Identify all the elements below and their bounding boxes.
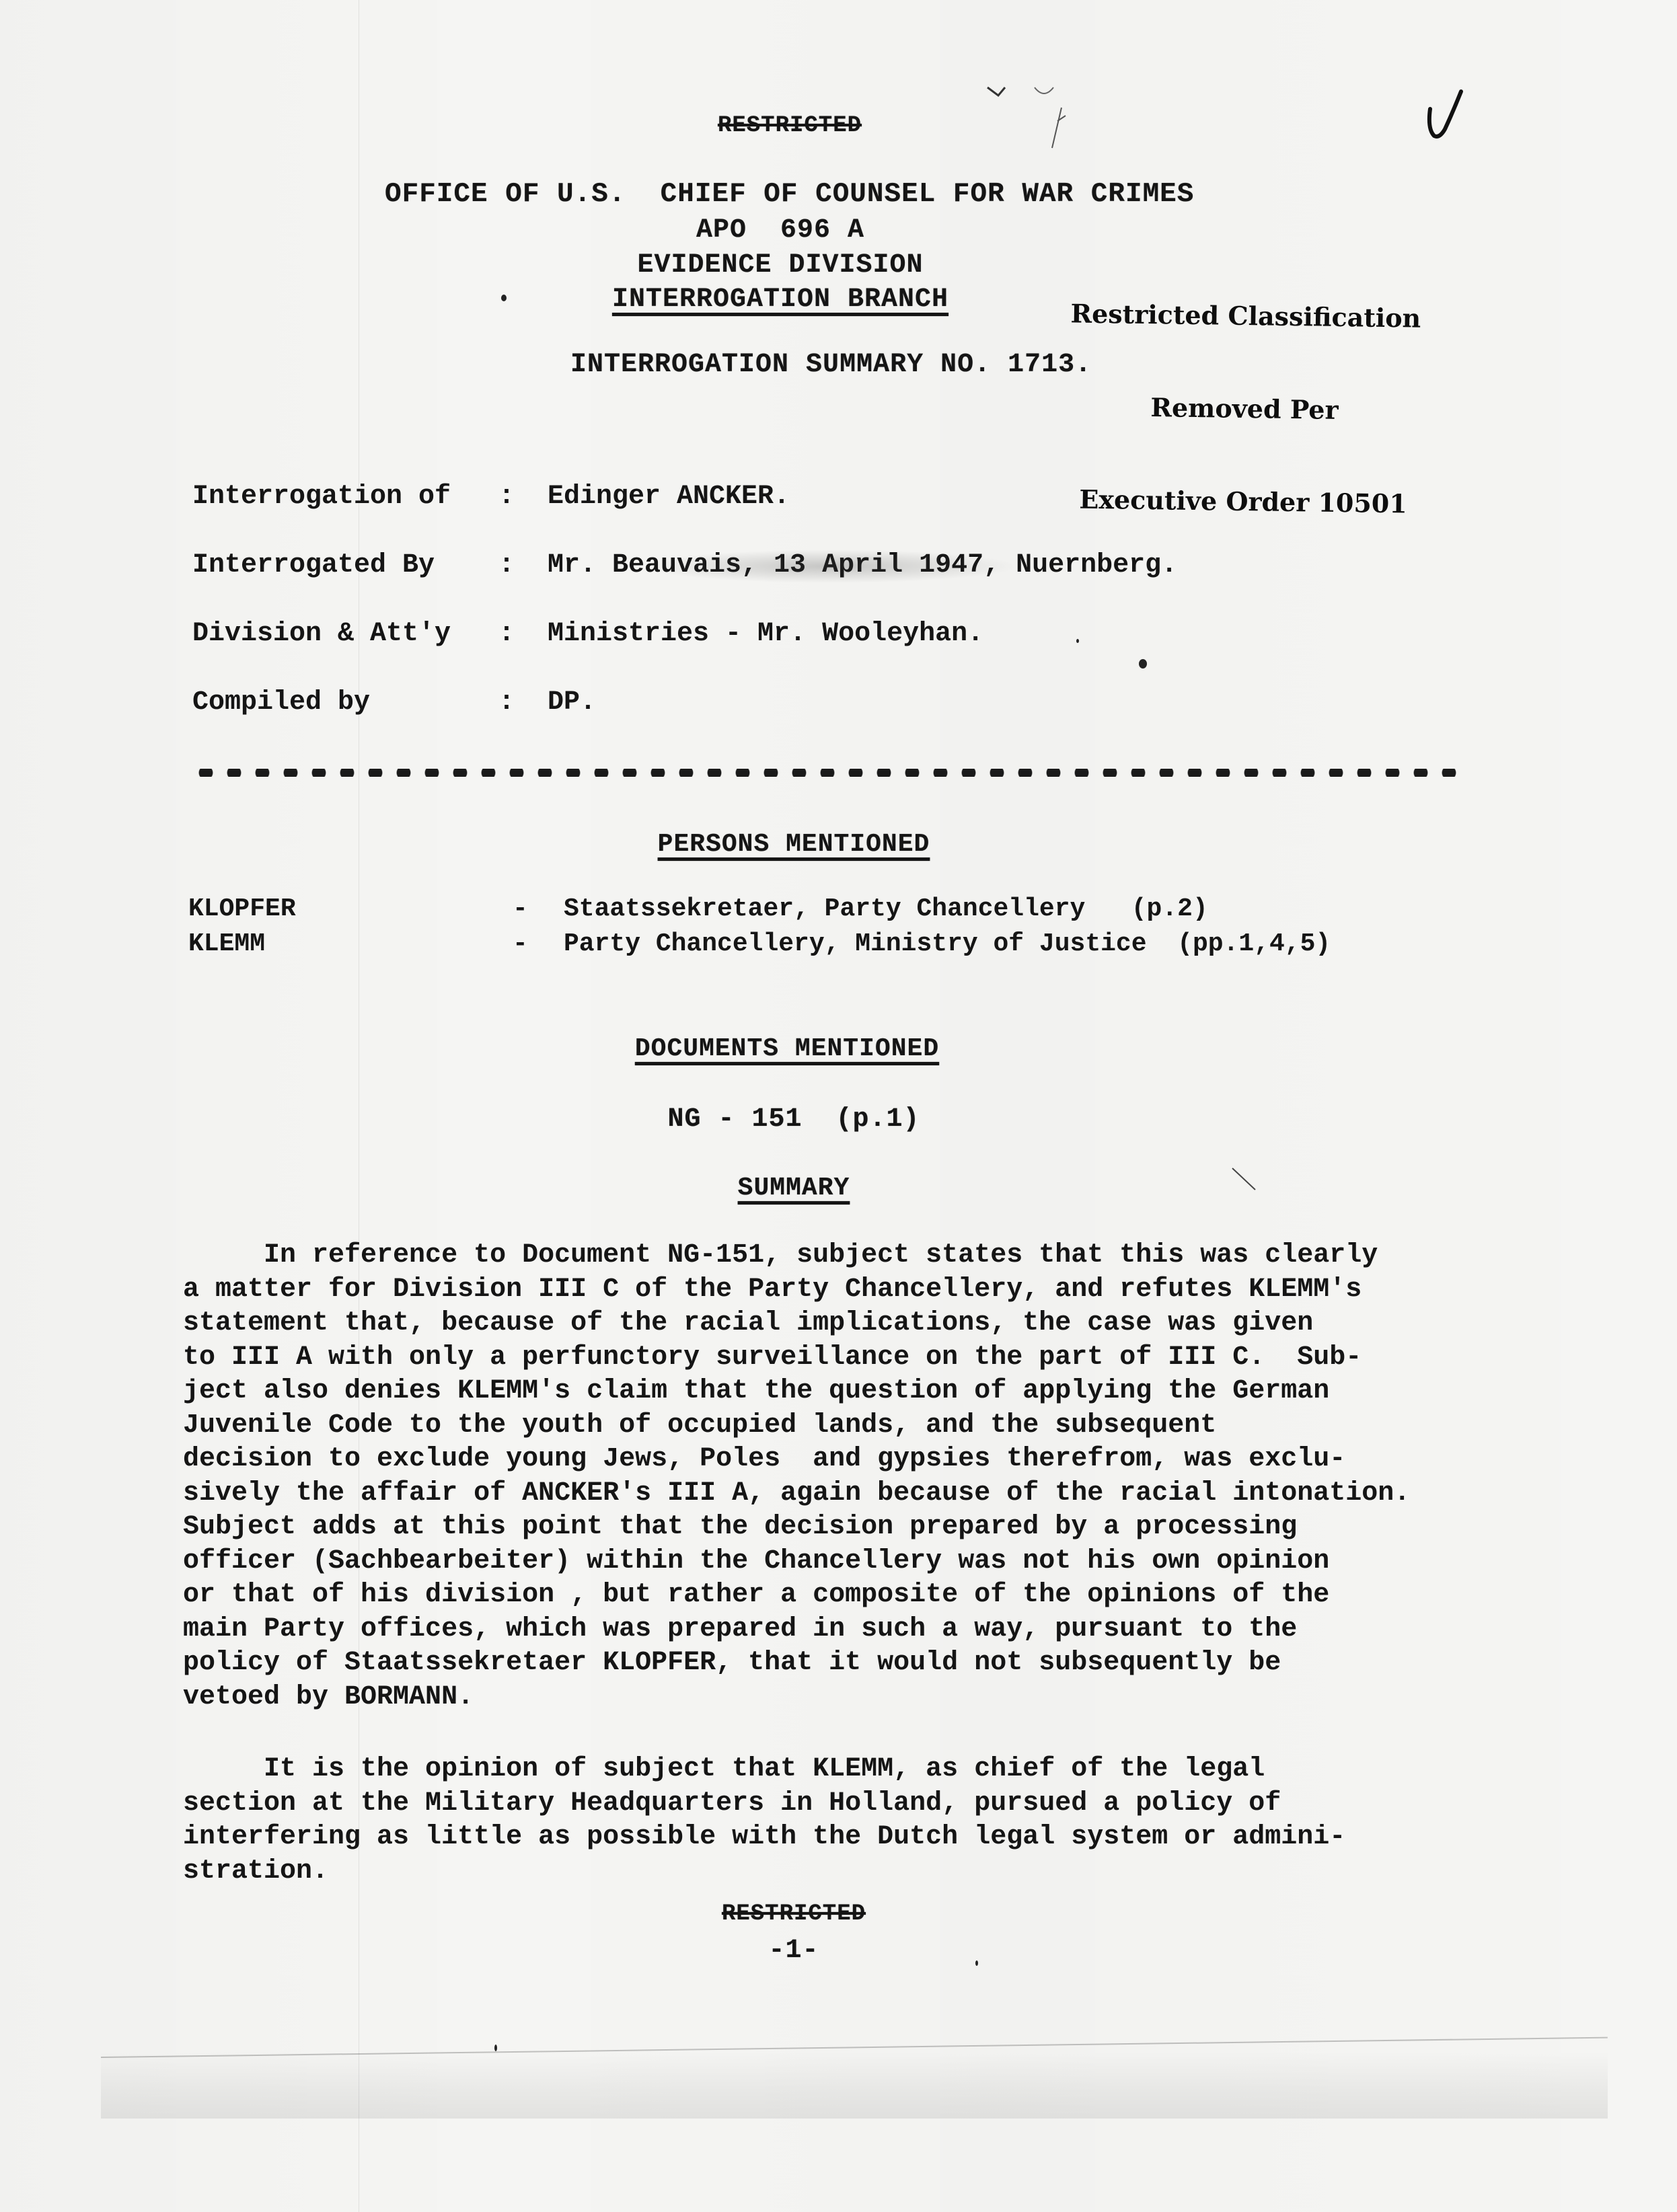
person-description: Staatssekretaer, Party Chancellery (p.2) [564,894,1208,923]
summary-heading: SUMMARY [693,1174,895,1203]
document-item: NG - 151 (p.1) [605,1104,982,1135]
stamp-line-3: Executive Order 10501 [1028,484,1459,521]
check-mark-icon [1425,87,1465,141]
division-line: EVIDENCE DIVISION [592,250,969,280]
person-description: Party Chancellery, Ministry of Justice (… [564,929,1331,958]
pencil-marks-icon [982,81,1157,161]
page-number: -1- [753,1936,834,1966]
meta-colon: : [498,687,515,718]
pencil-stroke-icon [1231,1167,1258,1194]
branch-line: INTERROGATION BRANCH [592,284,969,315]
summary-paragraph-2: It is the opinion of subject that KLEMM,… [183,1753,1461,1889]
scan-speck [1076,639,1079,643]
meta-label: Division & Att'y [192,619,451,649]
person-dash: - [513,929,528,958]
scan-speck [501,295,507,301]
person-name: KLOPFER [188,894,296,923]
scan-speck [975,1960,978,1966]
document-page: RESTRICTED OFFICE OF U.S. CHIEF OF COUNS… [0,0,1677,2212]
documents-heading: DOCUMENTS MENTIONED [579,1034,996,1063]
stamp-line-2: Removed Per [1029,391,1460,428]
summary-title: INTERROGATION SUMMARY NO. 1713. [570,350,1092,380]
meta-value: DP. [548,687,596,718]
classification-top: RESTRICTED [702,113,877,139]
meta-label: Interrogation of [192,482,451,512]
declassification-stamp: Restricted Classification Removed Per Ex… [1027,236,1462,582]
persons-heading: PERSONS MENTIONED [605,830,982,859]
meta-value: Edinger ANCKER. [548,482,790,512]
meta-colon: : [498,550,515,580]
redaction-smudge [642,549,1019,583]
meta-value: Ministries - Mr. Wooleyhan. [548,619,983,649]
summary-paragraph-1: In reference to Document NG-151, subject… [183,1239,1461,1714]
apo-line: APO 696 A [592,215,969,245]
meta-colon: : [498,482,515,512]
scan-speck [494,2045,497,2051]
person-name: KLEMM [188,929,265,958]
office-title: OFFICE OF U.S. CHIEF OF COUNSEL FOR WAR … [385,179,1194,210]
scan-speck [1139,659,1147,669]
meta-label: Interrogated By [192,550,435,580]
meta-colon: : [498,619,515,649]
meta-label: Compiled by [192,687,370,718]
stamp-line-1: Restricted Classification [1031,298,1462,335]
section-separator [192,769,1456,777]
person-dash: - [513,894,528,923]
scan-bottom-shadow [101,2051,1608,2119]
classification-bottom: RESTRICTED [700,1901,888,1927]
